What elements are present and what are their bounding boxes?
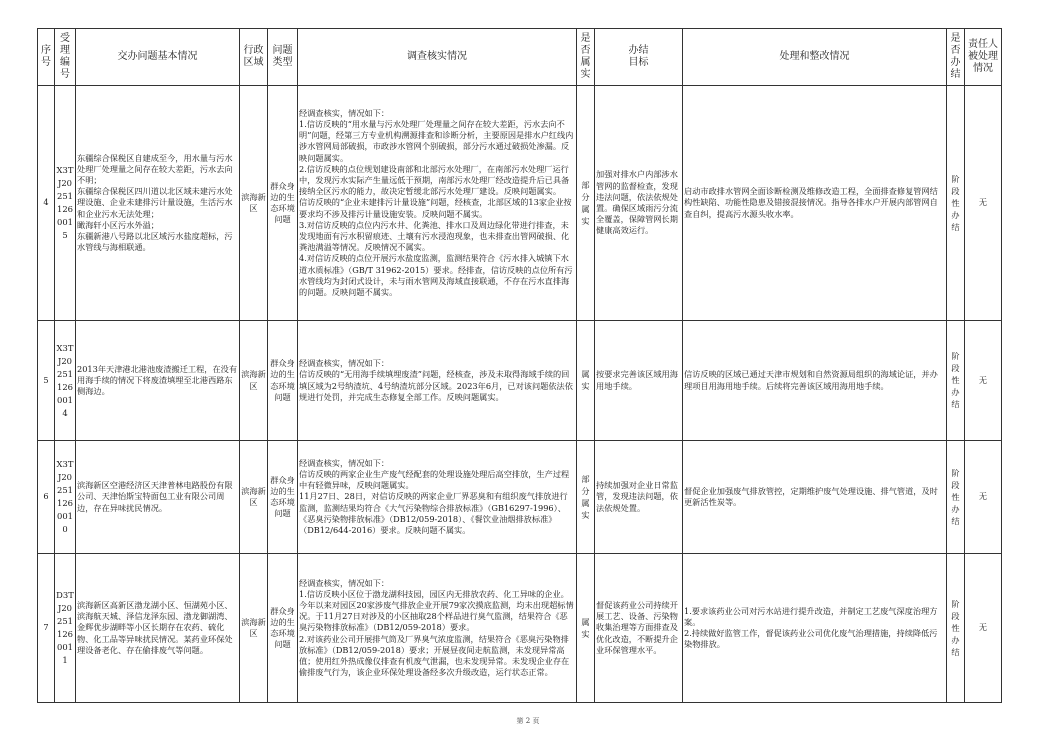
cell-investigation: 经调查核实，情况如下： 信访反映的两家企业生产废气经配套的处理设施处理后高空排放… <box>298 441 577 554</box>
cell-goal: 持续加强对企业日常监管，发现违法问题，依法依规处置。 <box>595 441 683 554</box>
header-handling: 处理和整改情况 <box>683 29 947 86</box>
header-is-true: 是否属实 <box>577 29 595 86</box>
cell-investigation: 经调查核实，情况如下： 信访反映的“无用海手续填埋废渣”问题，经核查，涉及未取得… <box>298 321 577 441</box>
cell-handling: 1.要求该药业公司对污水站进行提升改造，并制定工艺废气深度治理方案。 2.持续做… <box>683 554 947 703</box>
cell-district: 滨海新区 <box>240 86 268 321</box>
cell-basic-info: 滨海新区空港经济区天津普林电路股份有限公司、天津怡斯宝特面包工业有限公司周边，存… <box>76 441 240 554</box>
cell-investigation: 经调查核实，情况如下： 1.信访反映的“用水量与污水处理厂处理量之间存在较大差距… <box>298 86 577 321</box>
cell-problem-type: 群众身边的生态环境问题 <box>268 441 298 554</box>
cell-problem-type: 群众身边的生态环境问题 <box>268 86 298 321</box>
page-number: 第 2 页 <box>0 716 1056 726</box>
cell-handling: 启动市政排水管网全面诊断检测及维修改造工程，全面排查修复管网结构性缺陷、功能性隐… <box>683 86 947 321</box>
header-is-closed: 是否办结 <box>947 29 965 86</box>
cell-basic-info: 2013年天津港北港池废渣搬迁工程，在没有用海手续的情况下将废渣填埋至北港西路东… <box>76 321 240 441</box>
cell-seq: 7 <box>38 554 55 703</box>
cell-handling: 信访反映的区域已通过天津市规划和自然资源局组织的海域论证，并办理项目用海用地手续… <box>683 321 947 441</box>
cell-is-true: 属实 <box>577 321 595 441</box>
cell-district: 滨海新区 <box>240 441 268 554</box>
cell-case-no: X3TJ202511260010 <box>55 441 76 554</box>
cell-is-closed: 阶段性办结 <box>947 441 965 554</box>
cell-goal: 加强对排水户内部涉水管网的监督检查，发现违法问题，依法依规处置。确保区域雨污分流… <box>595 86 683 321</box>
cell-seq: 5 <box>38 321 55 441</box>
cell-accountability: 无 <box>965 441 1002 554</box>
cell-case-no: D3TJ202511260011 <box>55 554 76 703</box>
cell-problem-type: 群众身边的生态环境问题 <box>268 321 298 441</box>
header-basic-info: 交办问题基本情况 <box>76 29 240 86</box>
header-district: 行政区域 <box>240 29 268 86</box>
cell-is-closed: 阶段性办结 <box>947 321 965 441</box>
cell-goal: 督促该药业公司持续开展工艺、设备、污染物收集治理等方面排查及优化改造，不断提升企… <box>595 554 683 703</box>
header-row: 序号 受理编号 交办问题基本情况 行政区域 问题类型 调查核实情况 是否属实 办… <box>38 29 1002 86</box>
cell-handling: 督促企业加强废气排放管控，定期维护废气处理设施、排气管道，及时更新活性炭等。 <box>683 441 947 554</box>
header-seq: 序号 <box>38 29 55 86</box>
header-investigation: 调查核实情况 <box>298 29 577 86</box>
complaint-table: 序号 受理编号 交办问题基本情况 行政区域 问题类型 调查核实情况 是否属实 办… <box>37 28 1002 703</box>
table-row: 5 X3TJ202511260014 2013年天津港北港池废渣搬迁工程，在没有… <box>38 321 1002 441</box>
cell-case-no: X3TJ202511260014 <box>55 321 76 441</box>
cell-is-true: 部分属实 <box>577 86 595 321</box>
cell-accountability: 无 <box>965 321 1002 441</box>
header-case-no: 受理编号 <box>55 29 76 86</box>
table-row: 7 D3TJ202511260011 滨海新区高新区渤龙湖小区、恒湖苑小区、滨海… <box>38 554 1002 703</box>
cell-problem-type: 群众身边的生态环境问题 <box>268 554 298 703</box>
cell-is-true: 部分属实 <box>577 441 595 554</box>
header-goal: 办结目标 <box>595 29 683 86</box>
cell-seq: 4 <box>38 86 55 321</box>
table-row: 6 X3TJ202511260010 滨海新区空港经济区天津普林电路股份有限公司… <box>38 441 1002 554</box>
cell-basic-info: 滨海新区高新区渤龙湖小区、恒湖苑小区、滨海航天城、泽信龙泽东园、渤龙御湖湾、金辉… <box>76 554 240 703</box>
cell-is-closed: 阶段性办结 <box>947 86 965 321</box>
cell-accountability: 无 <box>965 86 1002 321</box>
cell-basic-info: 东疆综合保税区自建成至今，用水量与污水处理厂处理量之间存在较大差距，污水去向不明… <box>76 86 240 321</box>
table-row: 4 X3TJ202511260015 东疆综合保税区自建成至今，用水量与污水处理… <box>38 86 1002 321</box>
cell-investigation: 经调查核实，情况如下： 1.信访反映小区位于渤龙湖科技园，园区内无排放农药、化工… <box>298 554 577 703</box>
cell-seq: 6 <box>38 441 55 554</box>
header-problem-type: 问题类型 <box>268 29 298 86</box>
header-accountability: 责任人被处理情况 <box>965 29 1002 86</box>
cell-accountability: 无 <box>965 554 1002 703</box>
cell-is-true: 属实 <box>577 554 595 703</box>
cell-case-no: X3TJ202511260015 <box>55 86 76 321</box>
cell-goal: 按要求完善该区域用海用地手续。 <box>595 321 683 441</box>
cell-district: 滨海新区 <box>240 554 268 703</box>
cell-is-closed: 阶段性办结 <box>947 554 965 703</box>
cell-district: 滨海新区 <box>240 321 268 441</box>
